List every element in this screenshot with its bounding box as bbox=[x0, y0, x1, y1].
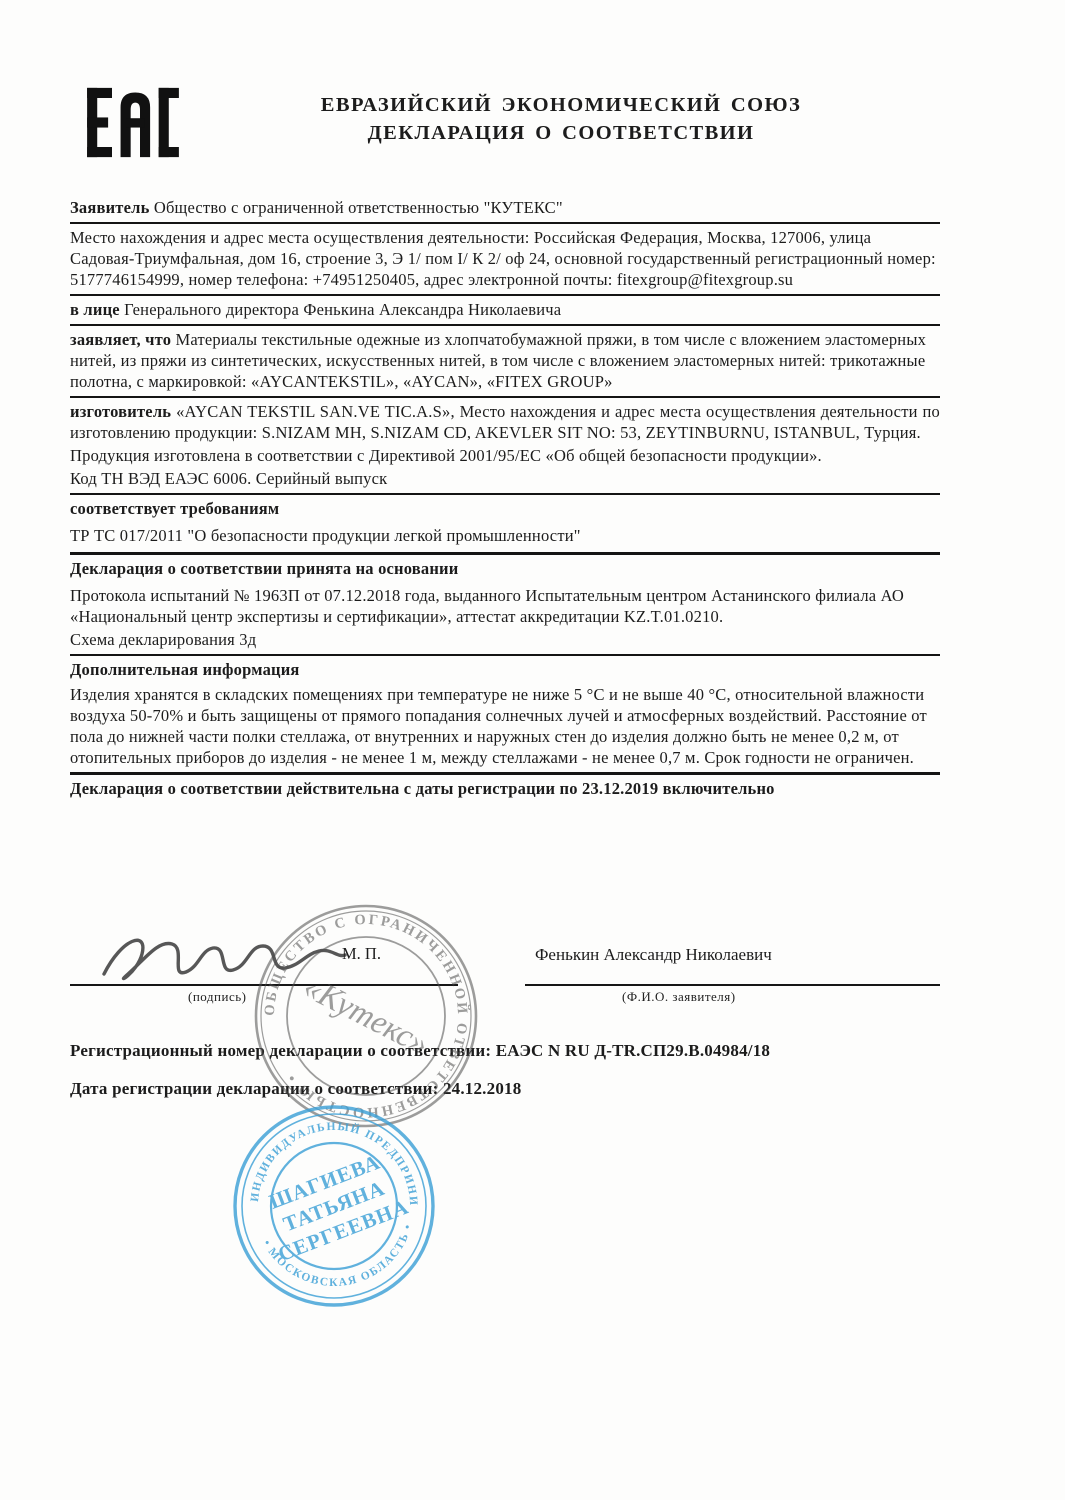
divider-thick bbox=[70, 552, 940, 555]
applicant-line: Заявитель Общество с ограниченной ответс… bbox=[70, 197, 940, 218]
blue-stamp-name-line3: СЕРГЕЕВНА bbox=[275, 1194, 412, 1266]
additional-paragraph: Изделия хранятся в складских помещениях … bbox=[70, 684, 940, 768]
divider bbox=[70, 294, 940, 296]
eac-logo bbox=[70, 75, 182, 175]
declares-value: Материалы текстильные одежные из хлопчат… bbox=[70, 330, 926, 391]
additional-heading: Дополнительная информация bbox=[70, 659, 940, 680]
declares-label: заявляет, что bbox=[70, 330, 171, 349]
basis-paragraph: Протокола испытаний № 1963П от 07.12.201… bbox=[70, 585, 940, 627]
title-line-2: ДЕКЛАРАЦИЯ О СООТВЕТСТВИИ bbox=[182, 119, 940, 147]
divider bbox=[70, 493, 940, 495]
in-person-label: в лице bbox=[70, 300, 120, 319]
divider bbox=[70, 222, 940, 224]
signature-line bbox=[70, 984, 458, 986]
divider bbox=[70, 654, 940, 656]
in-person-value: Генерального директора Фенькина Александ… bbox=[124, 300, 561, 319]
directive-paragraph: Продукция изготовлена в соответствии с Д… bbox=[70, 445, 940, 466]
address-paragraph: Место нахождения и адрес места осуществл… bbox=[70, 227, 940, 290]
complies-heading: соответствует требованиям bbox=[70, 498, 940, 519]
manufacturer-label: изготовитель bbox=[70, 402, 171, 421]
validity-line: Декларация о соответствии действительна … bbox=[70, 778, 940, 799]
applicant-name: Фенькин Александр Николаевич bbox=[535, 945, 772, 965]
title-line-1: ЕВРАЗИЙСКИЙ ЭКОНОМИЧЕСКИЙ СОЮЗ bbox=[182, 91, 940, 119]
basis-heading: Декларация о соответствии принята на осн… bbox=[70, 558, 940, 579]
registration-date-line: Дата регистрации декларации о соответств… bbox=[70, 1078, 521, 1099]
applicant-value: Общество с ограниченной ответственностью… bbox=[154, 198, 563, 217]
declaration-document: ЕВРАЗИЙСКИЙ ЭКОНОМИЧЕСКИЙ СОЮЗ ДЕКЛАРАЦИ… bbox=[0, 0, 1065, 1500]
manufacturer-paragraph: изготовитель «AYCAN TEKSTIL SAN.VE TIC.A… bbox=[70, 401, 940, 443]
stamp-place-label: М. П. bbox=[342, 944, 381, 964]
document-title: ЕВРАЗИЙСКИЙ ЭКОНОМИЧЕСКИЙ СОЮЗ ДЕКЛАРАЦИ… bbox=[182, 91, 940, 147]
name-line bbox=[525, 984, 940, 986]
divider bbox=[70, 396, 940, 398]
signature-registration-block: М. П. (подпись) Фенькин Александр Никола… bbox=[70, 928, 940, 1188]
manufacturer-value: «AYCAN TEKSTIL SAN.VE TIC.A.S», Место на… bbox=[70, 402, 940, 442]
tnved-line: Код ТН ВЭД ЕАЭС 6006. Серийный выпуск bbox=[70, 468, 940, 489]
handwritten-signature bbox=[98, 930, 348, 986]
registration-number-line: Регистрационный номер декларации о соотв… bbox=[70, 1040, 770, 1061]
registration-date-value: 24.12.2018 bbox=[443, 1079, 522, 1098]
signature-caption: (подпись) bbox=[188, 989, 246, 1005]
eac-mark-icon bbox=[84, 75, 182, 170]
divider bbox=[70, 324, 940, 326]
complies-text: ТР ТС 017/2011 "О безопасности продукции… bbox=[70, 525, 940, 546]
scheme-line: Схема декларирования 3д bbox=[70, 629, 940, 650]
name-caption: (Ф.И.О. заявителя) bbox=[622, 989, 736, 1005]
divider-thick bbox=[70, 772, 940, 775]
document-header: ЕВРАЗИЙСКИЙ ЭКОНОМИЧЕСКИЙ СОЮЗ ДЕКЛАРАЦИ… bbox=[70, 75, 940, 175]
declares-paragraph: заявляет, что Материалы текстильные одеж… bbox=[70, 329, 940, 392]
blue-stamp-ring-bottom-text: • МОСКОВСКАЯ ОБЛАСТЬ • bbox=[260, 1222, 415, 1289]
registration-number-value: ЕАЭС N RU Д-TR.СП29.В.04984/18 bbox=[496, 1041, 770, 1060]
svg-text:• МОСКОВСКАЯ ОБЛАСТЬ •: • МОСКОВСКАЯ ОБЛАСТЬ • bbox=[260, 1222, 415, 1289]
in-person-line: в лице Генерального директора Фенькина А… bbox=[70, 299, 940, 320]
registration-date-label: Дата регистрации декларации о соответств… bbox=[70, 1079, 438, 1098]
applicant-label: Заявитель bbox=[70, 198, 150, 217]
registration-number-label: Регистрационный номер декларации о соотв… bbox=[70, 1041, 491, 1060]
